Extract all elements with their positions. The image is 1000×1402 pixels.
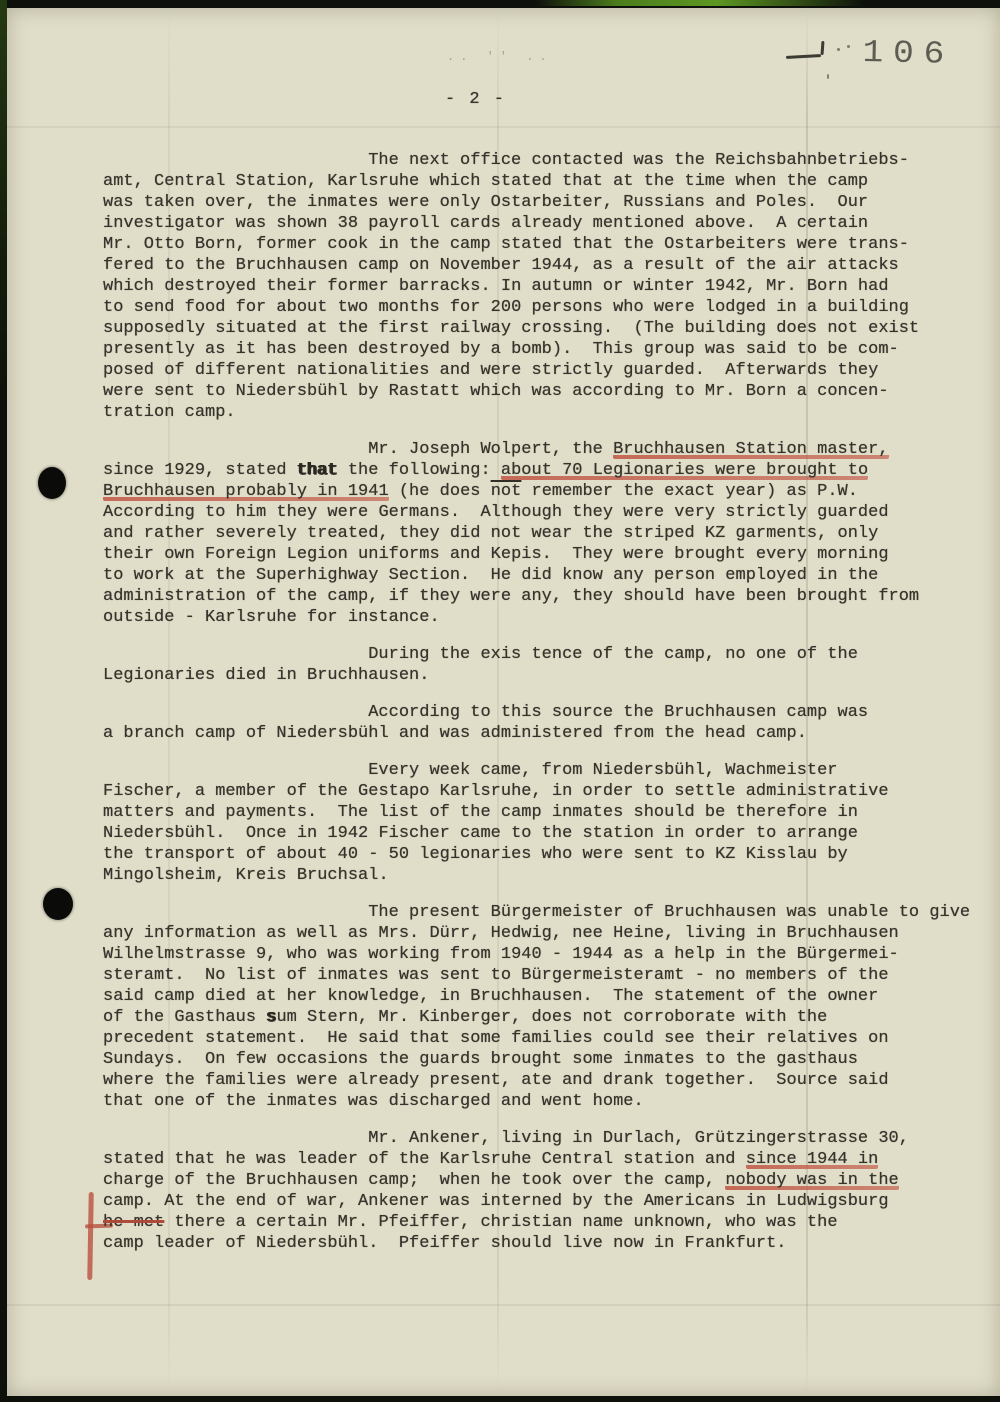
emphasized-text: not	[491, 482, 522, 501]
fold-crease-horizontal-top	[7, 126, 1000, 128]
text-segment: During the exis tence of the camp, no on…	[368, 645, 858, 664]
text-line: to send food for about two months for 20…	[103, 297, 983, 318]
text-segment: According to this source the Bruchhausen…	[368, 703, 868, 722]
text-segment: since 1929, stated	[103, 461, 297, 480]
text-line: their own Foreign Legion uniforms and Ke…	[103, 544, 983, 565]
text-line: and rather severely treated, they did no…	[103, 523, 983, 544]
text-line: where the families were already present,…	[103, 1070, 983, 1091]
text-segment: According to him they were Germans. Alth…	[103, 503, 889, 522]
text-segment: the following:	[338, 461, 501, 480]
text-segment: matters and payments. The list of the ca…	[103, 803, 858, 822]
text-segment: Fischer, a member of the Gestapo Karlsru…	[103, 782, 889, 801]
text-segment: the transport of about 40 - 50 legionari…	[103, 845, 848, 864]
text-line: The present Bürgermeister of Bruchhausen…	[103, 902, 983, 923]
text-segment: Mr. Joseph Wolpert, the	[368, 440, 613, 459]
text-line: charge of the Bruchhausen camp; when he …	[103, 1170, 983, 1191]
text-segment: amt, Central Station, Karlsruhe which st…	[103, 172, 868, 191]
text-line: camp leader of Niedersbühl. Pfeiffer sho…	[103, 1233, 983, 1254]
text-line: which destroyed their former barracks. I…	[103, 276, 983, 297]
red-underlined-text: since 1944 in	[746, 1150, 879, 1169]
text-line: said camp died at her knowledge, in Bruc…	[103, 986, 983, 1007]
text-segment: camp leader of Niedersbühl. Pfeiffer sho…	[103, 1234, 787, 1253]
overtyped-text: s	[266, 1008, 276, 1027]
corner-pen-dot	[837, 48, 840, 51]
text-segment: The next office contacted was the Reichs…	[368, 151, 909, 170]
text-segment: um Stern, Mr. Kinberger, does not corrob…	[276, 1008, 827, 1027]
text-segment: The present Bürgermeister of Bruchhausen…	[368, 903, 970, 922]
scan-edge-green-left	[0, 0, 7, 420]
text-line: Niedersbühl. Once in 1942 Fischer came t…	[103, 823, 983, 844]
scan-edge-green-top	[535, 0, 865, 6]
text-segment: Mr. Ankener, living in Durlach, Grützing…	[368, 1129, 909, 1148]
red-struck-text: he met	[103, 1213, 164, 1232]
text-segment: (he does	[389, 482, 491, 501]
text-segment: presently as it has been destroyed by a …	[103, 340, 899, 359]
text-segment: investigator was shown 38 payroll cards …	[103, 214, 868, 233]
text-segment: supposedly situated at the first railway…	[103, 319, 919, 338]
corner-pen-dot	[847, 45, 850, 48]
paragraph: According to this source the Bruchhausen…	[103, 702, 983, 744]
text-line: Bruchhausen probably in 1941 (he does no…	[103, 481, 983, 502]
text-line: supposedly situated at the first railway…	[103, 318, 983, 339]
text-line: presently as it has been destroyed by a …	[103, 339, 983, 360]
text-line: of the Gasthaus sum Stern, Mr. Kinberger…	[103, 1007, 983, 1028]
paragraph: Every week came, from Niedersbühl, Wachm…	[103, 760, 983, 886]
hole-punch-bottom	[43, 888, 73, 920]
hole-punch-top	[38, 467, 66, 499]
red-underlined-text: Bruchhausen probably in 1941	[103, 482, 389, 501]
text-line: camp. At the end of war, Ankener was int…	[103, 1191, 983, 1212]
paragraph: The next office contacted was the Reichs…	[103, 150, 983, 423]
text-segment: was taken over, the inmates were only Os…	[103, 193, 868, 212]
text-segment: were sent to Niedersbühl by Rastatt whic…	[103, 382, 889, 401]
red-underlined-text: about 70 Legionaries were brought to	[501, 461, 868, 480]
paragraph: Mr. Joseph Wolpert, the Bruchhausen Stat…	[103, 439, 983, 628]
text-segment: charge of the Bruchhausen camp; when he …	[103, 1171, 725, 1190]
text-segment: where the families were already present,…	[103, 1071, 889, 1090]
corner-pen-dot	[827, 74, 829, 79]
text-segment: outside - Karlsruhe for instance.	[103, 608, 440, 627]
text-segment: Niedersbühl. Once in 1942 Fischer came t…	[103, 824, 858, 843]
scanned-page: .. '' .. - 2 - 106 The next office conta…	[0, 0, 1000, 1402]
text-segment: Sundays. On few occasions the guards bro…	[103, 1050, 858, 1069]
text-line: During the exis tence of the camp, no on…	[103, 644, 983, 665]
text-line: Wilhelmstrasse 9, who was working from 1…	[103, 944, 983, 965]
text-segment: Wilhelmstrasse 9, who was working from 1…	[103, 945, 899, 964]
text-line: Legionaries died in Bruchhausen.	[103, 665, 983, 686]
overtyped-text: that	[297, 461, 338, 480]
text-line: Sundays. On few occasions the guards bro…	[103, 1049, 983, 1070]
text-line: fered to the Bruchhausen camp on Novembe…	[103, 255, 983, 276]
text-line: According to this source the Bruchhausen…	[103, 702, 983, 723]
text-segment: remember the exact year) as P.W.	[521, 482, 858, 501]
text-line: were sent to Niedersbühl by Rastatt whic…	[103, 381, 983, 402]
text-line: Mr. Joseph Wolpert, the Bruchhausen Stat…	[103, 439, 983, 460]
text-segment: Mr. Otto Born, former cook in the camp s…	[103, 235, 909, 254]
text-line: Fischer, a member of the Gestapo Karlsru…	[103, 781, 983, 802]
text-line: The next office contacted was the Reichs…	[103, 150, 983, 171]
corner-pen-dash-mark	[786, 54, 821, 59]
text-line: that one of the inmates was discharged a…	[103, 1091, 983, 1112]
text-line: stated that he was leader of the Karlsru…	[103, 1149, 983, 1170]
page-stamp-number: 106	[862, 34, 954, 73]
paragraph: The present Bürgermeister of Bruchhausen…	[103, 902, 983, 1112]
text-line: investigator was shown 38 payroll cards …	[103, 213, 983, 234]
text-segment: administration of the camp, if they were…	[103, 587, 919, 606]
red-margin-line	[87, 1192, 94, 1280]
text-line: amt, Central Station, Karlsruhe which st…	[103, 171, 983, 192]
text-segment: a branch camp of Niedersbühl and was adm…	[103, 724, 807, 743]
text-segment: Legionaries died in Bruchhausen.	[103, 666, 429, 685]
text-segment: any information as well as Mrs. Dürr, He…	[103, 924, 899, 943]
text-line: posed of different nationalities and wer…	[103, 360, 983, 381]
text-line: Mr. Ankener, living in Durlach, Grützing…	[103, 1128, 983, 1149]
text-line: administration of the camp, if they were…	[103, 586, 983, 607]
red-underlined-text: nobody was in the	[725, 1171, 898, 1190]
text-segment: tration camp.	[103, 403, 236, 422]
paper: .. '' .. - 2 - 106 The next office conta…	[7, 8, 1000, 1396]
text-segment: stated that he was leader of the Karlsru…	[103, 1150, 746, 1169]
text-line: he met there a certain Mr. Pfeiffer, chr…	[103, 1212, 983, 1233]
text-segment: of the Gasthaus	[103, 1008, 266, 1027]
text-segment: to send food for about two months for 20…	[103, 298, 909, 317]
text-segment: said camp died at her knowledge, in Bruc…	[103, 987, 878, 1006]
text-segment: Every week came, from Niedersbühl, Wachm…	[368, 761, 837, 780]
text-segment: fered to the Bruchhausen camp on Novembe…	[103, 256, 899, 275]
text-line: precedent statement. He said that some f…	[103, 1028, 983, 1049]
text-segment: posed of different nationalities and wer…	[103, 361, 878, 380]
text-line: any information as well as Mrs. Dürr, He…	[103, 923, 983, 944]
paragraph: Mr. Ankener, living in Durlach, Grützing…	[103, 1128, 983, 1254]
page-number: - 2 -	[445, 90, 506, 109]
fold-crease-horizontal-bottom	[7, 1304, 1000, 1306]
text-line: Mr. Otto Born, former cook in the camp s…	[103, 234, 983, 255]
document-body: The next office contacted was the Reichs…	[103, 150, 983, 1270]
text-line: to work at the Superhighway Section. He …	[103, 565, 983, 586]
corner-pen-tick-mark	[821, 41, 825, 55]
text-segment: and rather severely treated, they did no…	[103, 524, 878, 543]
text-segment: to work at the Superhighway Section. He …	[103, 566, 878, 585]
text-segment: camp. At the end of war, Ankener was int…	[103, 1192, 889, 1211]
text-segment: that one of the inmates was discharged a…	[103, 1092, 644, 1111]
text-line: since 1929, stated that the following: a…	[103, 460, 983, 481]
text-segment: precedent statement. He said that some f…	[103, 1029, 889, 1048]
text-line: tration camp.	[103, 402, 983, 423]
text-segment: their own Foreign Legion uniforms and Ke…	[103, 545, 889, 564]
text-line: matters and payments. The list of the ca…	[103, 802, 983, 823]
text-line: a branch camp of Niedersbühl and was adm…	[103, 723, 983, 744]
text-segment: which destroyed their former barracks. I…	[103, 277, 889, 296]
text-line: outside - Karlsruhe for instance.	[103, 607, 983, 628]
text-line: steramt. No list of inmates was sent to …	[103, 965, 983, 986]
text-line: the transport of about 40 - 50 legionari…	[103, 844, 983, 865]
paragraph: During the exis tence of the camp, no on…	[103, 644, 983, 686]
header-smudge: .. '' ..	[447, 50, 553, 64]
text-line: Every week came, from Niedersbühl, Wachm…	[103, 760, 983, 781]
text-segment: steramt. No list of inmates was sent to …	[103, 966, 889, 985]
text-line: According to him they were Germans. Alth…	[103, 502, 983, 523]
text-segment: there a certain Mr. Pfeiffer, christian …	[164, 1213, 837, 1232]
text-line: was taken over, the inmates were only Os…	[103, 192, 983, 213]
text-segment: Mingolsheim, Kreis Bruchsal.	[103, 866, 389, 885]
red-underlined-text: Bruchhausen Station master,	[613, 440, 888, 459]
text-line: Mingolsheim, Kreis Bruchsal.	[103, 865, 983, 886]
